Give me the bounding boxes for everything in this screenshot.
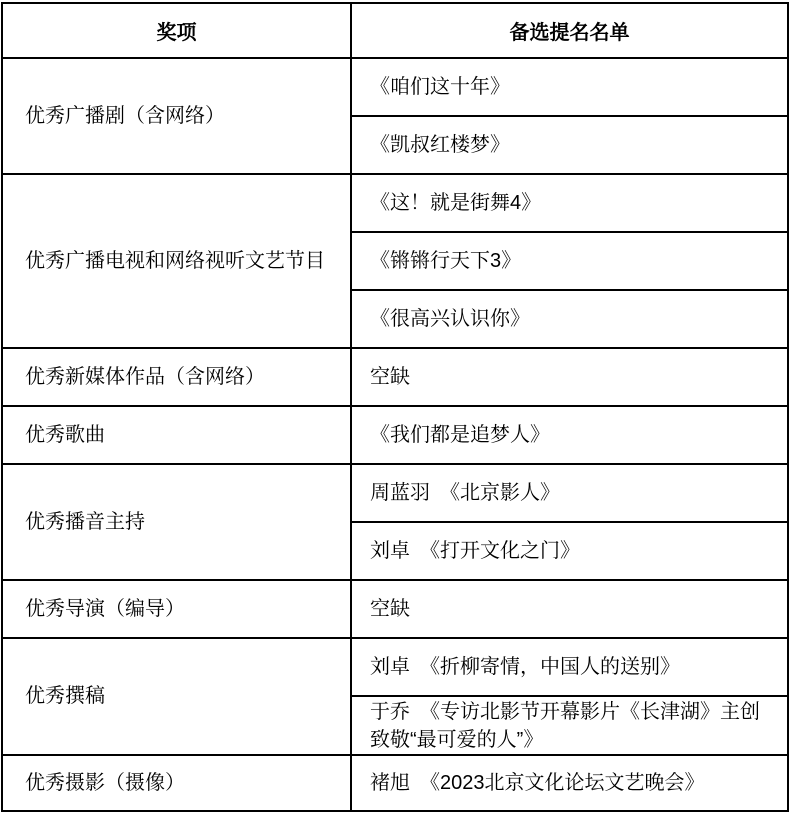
- nominee-cell: 《我们都是追梦人》: [351, 406, 788, 464]
- award-cell: 优秀歌曲: [2, 406, 351, 464]
- table-row: 优秀播音主持 周蓝羽 《北京影人》: [2, 464, 788, 522]
- nominee-cell: 褚旭 《2023北京文化论坛文艺晚会》: [351, 755, 788, 811]
- nominee-cell: 空缺: [351, 580, 788, 638]
- nominee-cell: 《凯叔红楼梦》: [351, 116, 788, 174]
- table-row: 优秀摄影（摄像） 褚旭 《2023北京文化论坛文艺晚会》: [2, 755, 788, 811]
- nominee-cell: 周蓝羽 《北京影人》: [351, 464, 788, 522]
- nominee-cell: 《很高兴认识你》: [351, 290, 788, 348]
- nominee-cell: 《咱们这十年》: [351, 58, 788, 116]
- table-row: 优秀导演（编导） 空缺: [2, 580, 788, 638]
- award-cell: 优秀撰稿: [2, 638, 351, 755]
- award-cell: 优秀播音主持: [2, 464, 351, 580]
- awards-table: 奖项 备选提名名单 优秀广播剧（含网络） 《咱们这十年》 《凯叔红楼梦》 优秀广…: [1, 2, 789, 812]
- table-row: 优秀新媒体作品（含网络） 空缺: [2, 348, 788, 406]
- nominee-cell: 于乔 《专访北影节开幕影片《长津湖》主创致敬“最可爱的人”》: [351, 696, 788, 755]
- page: 奖项 备选提名名单 优秀广播剧（含网络） 《咱们这十年》 《凯叔红楼梦》 优秀广…: [0, 2, 790, 815]
- table-header-row: 奖项 备选提名名单: [2, 3, 788, 58]
- nominee-cell: 《锵锵行天下3》: [351, 232, 788, 290]
- nominee-cell: 《这！就是街舞4》: [351, 174, 788, 232]
- award-cell: 优秀导演（编导）: [2, 580, 351, 638]
- column-header-award: 奖项: [2, 3, 351, 58]
- column-header-nominees: 备选提名名单: [351, 3, 788, 58]
- award-cell: 优秀新媒体作品（含网络）: [2, 348, 351, 406]
- nominee-cell: 空缺: [351, 348, 788, 406]
- award-cell: 优秀广播电视和网络视听文艺节目: [2, 174, 351, 348]
- table-row: 优秀广播剧（含网络） 《咱们这十年》: [2, 58, 788, 116]
- nominee-cell: 刘卓 《打开文化之门》: [351, 522, 788, 580]
- award-cell: 优秀广播剧（含网络）: [2, 58, 351, 174]
- table-row: 优秀歌曲 《我们都是追梦人》: [2, 406, 788, 464]
- nominee-cell: 刘卓 《折柳寄情，中国人的送别》: [351, 638, 788, 696]
- table-row: 优秀撰稿 刘卓 《折柳寄情，中国人的送别》: [2, 638, 788, 696]
- table-row: 优秀广播电视和网络视听文艺节目 《这！就是街舞4》: [2, 174, 788, 232]
- award-cell: 优秀摄影（摄像）: [2, 755, 351, 811]
